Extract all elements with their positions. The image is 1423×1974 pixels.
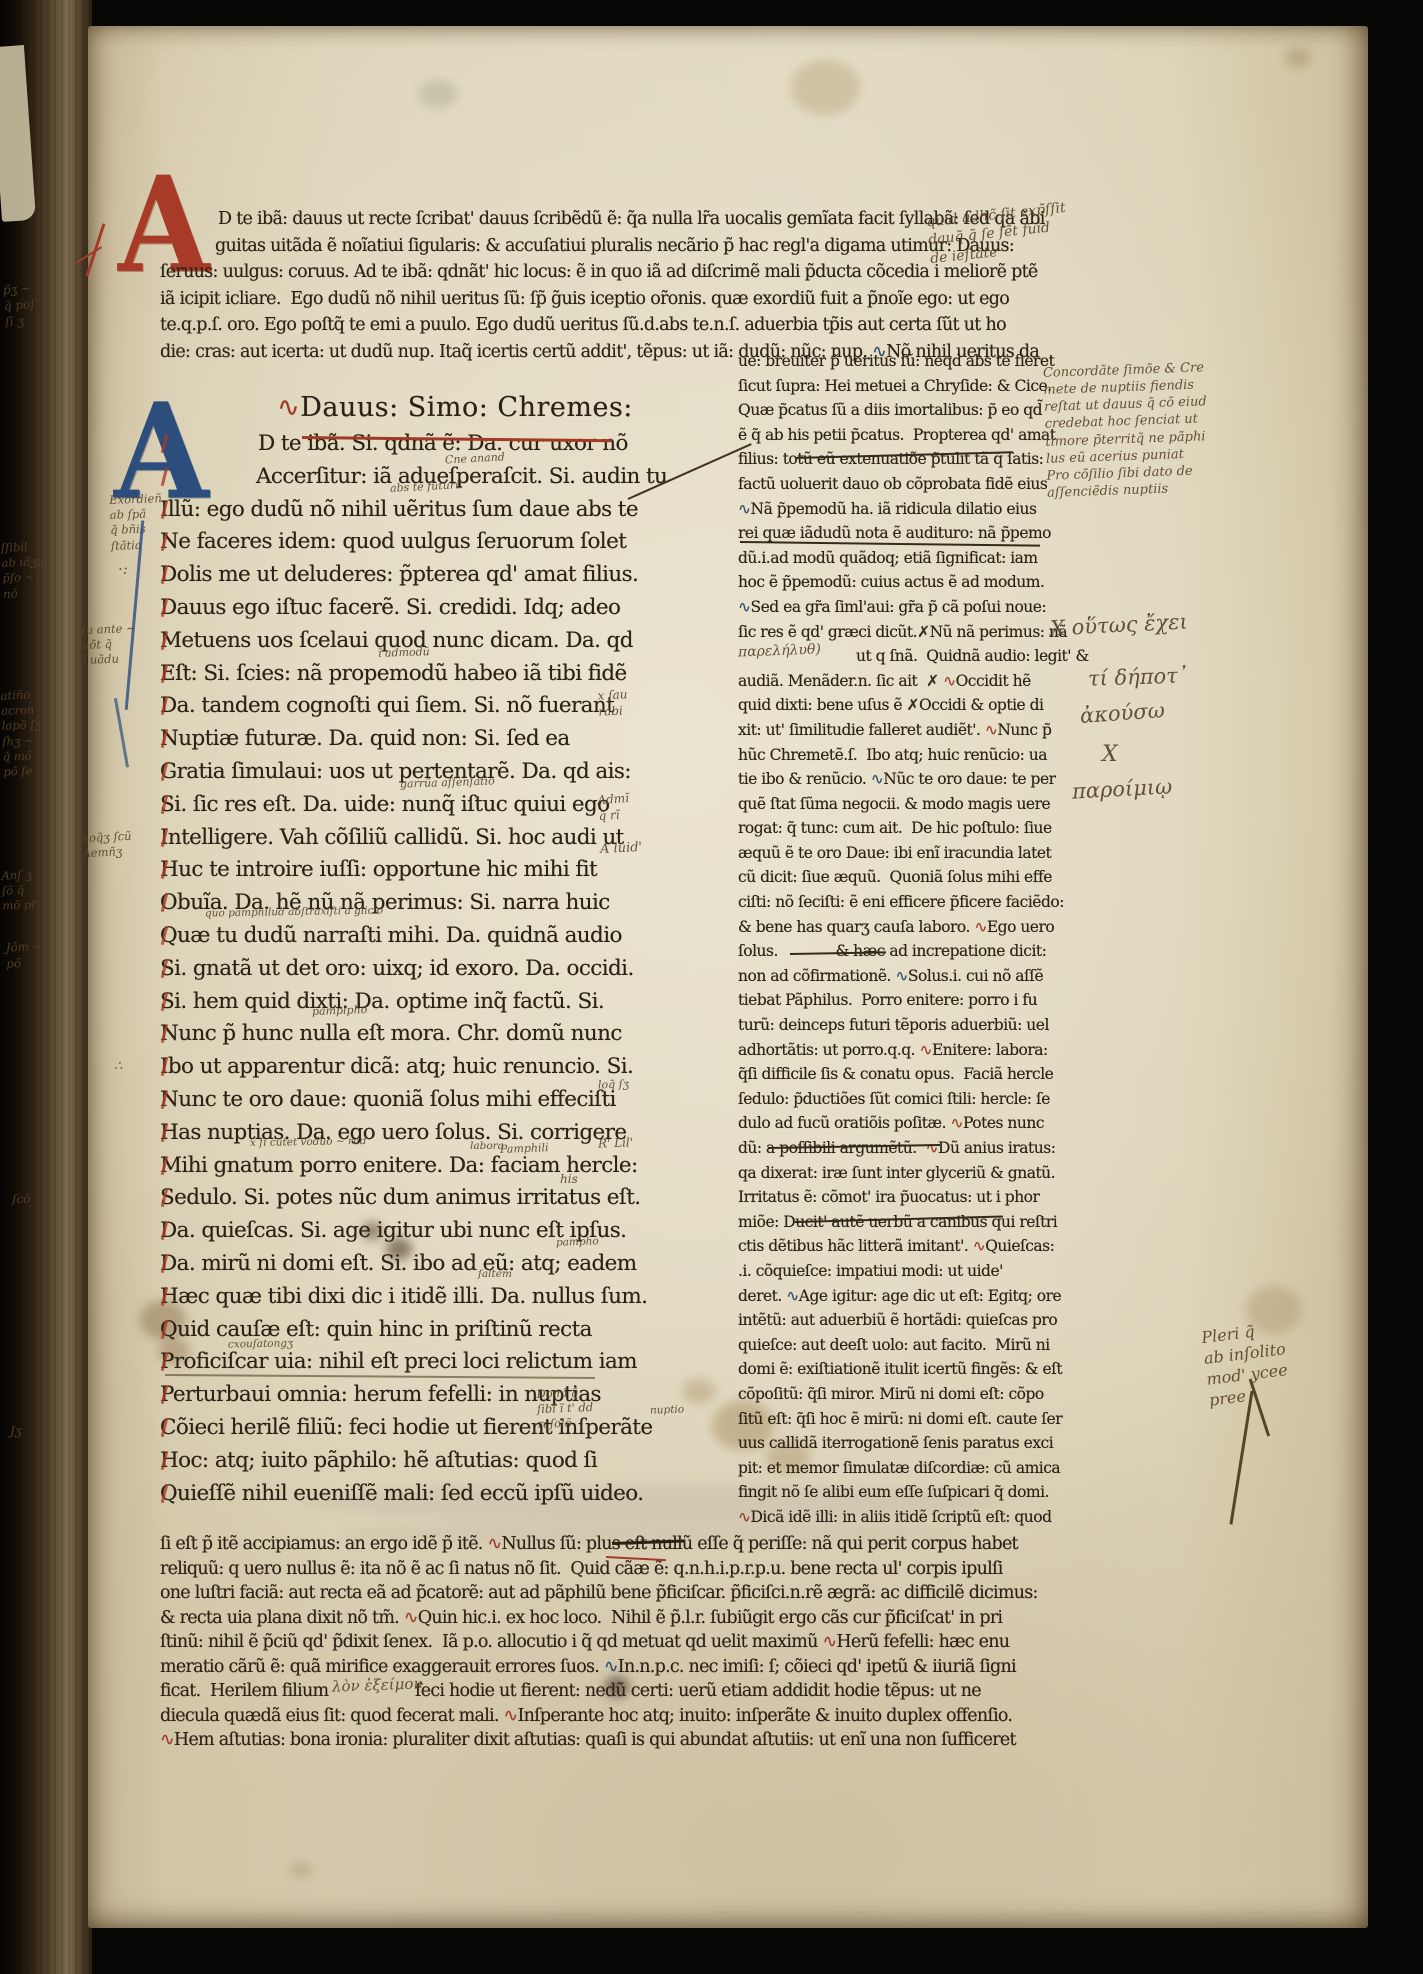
verse-line: Mihi gnatum porro enitere. Da: faciam he… <box>160 1150 720 1183</box>
commentary-line: Irritatus ẽ: cõmot' ira p̃uocatus: ut i … <box>738 1185 1056 1210</box>
marginal-annotation: Admĩ q̃ rĩ <box>597 791 631 825</box>
commentary-line: ∿Nã p̃pemodũ ha. iã ridicula dilatio eiu… <box>738 497 1056 522</box>
verse-line: Da. quieſcas. Si. age igitur ubi nunc eſ… <box>160 1215 720 1248</box>
verse-line: Metuens uos ſcelaui quod nunc dicam. Da.… <box>160 625 720 658</box>
commentary-line: rogat: q̃ tunc: cum ait. De hic poſtulo:… <box>738 816 1056 841</box>
verse-line: Has nuptias. Da. ego uero ſolus. Si. cor… <box>160 1117 720 1150</box>
stain <box>790 60 860 115</box>
commentary-line: uus callidã iterrogationẽ ſenis paratus … <box>738 1431 1056 1456</box>
printed-line: te.q.p.ſ. oro. Ego poſtq̃ te emi a puulo… <box>160 312 1065 339</box>
marginal-annotation: παροίμιῳ <box>1071 773 1173 806</box>
verse-line: Hæc quæ tibi dixi dic i itidẽ illi. Da. … <box>160 1281 720 1314</box>
verse-line: Huc te introire iuſſi: opportune hic mih… <box>160 854 720 887</box>
marginal-annotation: Domĩ q̃ ſibi ĩ t' dd reſolõ <box>536 1385 594 1432</box>
marginal-annotation: pamplpho <box>312 1003 368 1019</box>
commentary-line: ſedulo: p̃ductiões ſũt comici ſtili: her… <box>738 1087 1056 1112</box>
commentary-line: & recta uia plana dixit nõ tm̃. ∿Quin hi… <box>160 1606 1075 1631</box>
verse-line: Nunc p̃ hunc nulla eſt mora. Chr. domũ n… <box>160 1018 720 1051</box>
verse-line: Sedulo. Si. potes nũc dum animus irritat… <box>160 1182 720 1215</box>
commentary-line: ſicut ſupra: Hei metuei a Chryſide: & Ci… <box>738 374 1056 399</box>
commentary-line: ∿Hem aſtutias: bona ironia: pluraliter d… <box>160 1728 1075 1753</box>
marginal-annotation: x ſi cutet voduo ~ rud <box>250 1135 367 1151</box>
commentary-line: .i. cõquieſce: impatiui modi: ut uide' <box>738 1259 1056 1284</box>
verse-line: Dolis me ut deluderes: p̃pterea qd' amat… <box>160 559 720 592</box>
commentary-line: turũ: deinceps futuri tẽporis aduerbiũ: … <box>738 1013 1056 1038</box>
commentary-line: ſic res ẽ qd' græci dicũt.✗Nũ nã perimus… <box>738 620 1056 645</box>
commentary-line: ue: breuiter p̃ ueritus ſũ: neqd abs te … <box>738 349 1056 374</box>
marginal-annotation: A luid' <box>600 839 643 858</box>
stain <box>1285 48 1311 68</box>
commentary-line: dũ.i.ad modũ quãdoq; etiã ſignificat: ia… <box>738 546 1056 571</box>
heading-pilcrow: ∿ <box>277 392 300 423</box>
scene-heading: ∿Dauus: Simo: Chremes: <box>205 392 705 423</box>
commentary-line: tie ibo & renũcio. ∿Nũc te oro daue: te … <box>738 767 1056 792</box>
marginal-annotation: Jʒ <box>10 1424 22 1440</box>
marginal-annotation: his <box>560 1172 578 1188</box>
marginal-annotation: λὸν ἑξείμον <box>332 1674 423 1697</box>
commentary-line: & bene has quarʒ cauſa laboro. ∿Ego uero <box>738 915 1056 940</box>
commentary-line: dulo ad fucũ oratiõis poſitæ. ∿Potes nun… <box>738 1111 1056 1136</box>
verse-line: Ibo ut apparentur dicã: atq; huic renunc… <box>160 1051 720 1084</box>
commentary-line: tiebat Pãphilus. Porro enitere: porro i … <box>738 988 1056 1013</box>
scene-heading-names: Dauus: Simo: Chremes: <box>300 392 633 423</box>
marginal-annotation: ἀκούσω <box>1079 697 1166 731</box>
printed-line: ſeruus: uulgus: coruus. Ad te ibã: qdnãt… <box>160 259 1065 286</box>
commentary-line: hũc Chremetẽ.ſ. Ibo atq; huic renũcio: u… <box>738 743 1056 768</box>
marginal-annotation: x ſau rabi <box>597 687 629 720</box>
commentary-line: domi ẽ: exiſtiationẽ itulit icertũ fingẽ… <box>738 1357 1056 1382</box>
printed-line: iã icipit icliare. Ego dudũ nõ nihil uer… <box>160 286 1065 313</box>
marginal-annotation: cxouſatongʒ <box>228 1337 293 1352</box>
commentary-line: diecula quædã eius ſit: quod fecerat mal… <box>160 1704 1075 1729</box>
commentary-line: intẽtũ: aut aduerbiũ ẽ hortãdi: quieſcas… <box>738 1308 1056 1333</box>
verse-line: Quæ tu dudũ narraſti mihi. Da. quidnã au… <box>160 920 720 953</box>
book-scan: A D te ibã: dauus ut recte ſcribat' dauu… <box>0 0 1423 1974</box>
verse-line: Nuptiæ futuræ. Da. quid non: Si. ſed ea <box>160 723 720 756</box>
verse-line: Ne faceres idem: quod uulgus ſeruorum ſo… <box>160 526 720 559</box>
commentary-line: ſtinũ: nihil ẽ p̃ciũ qd' p̃dixit ſenex. … <box>160 1630 1075 1655</box>
verse-line: Eſt: Si. ſcies: nã propemodũ habeo iã ti… <box>160 658 720 691</box>
commentary-line: ficat. Herilem filium feci hodie ut fier… <box>160 1679 1075 1704</box>
marginal-annotation: ſcõ <box>12 1192 30 1208</box>
stain <box>418 80 458 108</box>
verse-line: Da. mirũ ni domi eſt. Si. ibo ad eũ: atq… <box>160 1248 720 1281</box>
verse-line: Si. hem quid dixti: Da. optime inq̃ fact… <box>160 986 720 1019</box>
commentary-line: ∿Sed ea gr̃a ſiml'aui: gr̃a p̃ cã poſui … <box>738 595 1056 620</box>
marginal-annotation: p̃ʒ ~ q̃ poſ ſĩ ʒ <box>2 281 36 331</box>
commentary-line: non ad cõfirmationẽ. ∿Solus.i. cui nõ aſ… <box>738 964 1056 989</box>
commentary-line: æquũ ẽ te oro Daue: ibi enĩ iracundia la… <box>738 841 1056 866</box>
commentary-line: cõpoſitũ: q̃ſi miror. Mirũ ni domi eſt: … <box>738 1382 1056 1407</box>
marginal-annotation: ∴ <box>114 1058 122 1075</box>
marginal-annotation: ĩ admodũ <box>378 645 430 661</box>
commentary-line: q̃ſi difficile ſis & conatu opus. Faciã … <box>738 1062 1056 1087</box>
marginal-annotation: Concordãte ſimõe & Cre mete de nuptiis f… <box>1043 359 1210 502</box>
commentary-line: pit: et memor ſimulatæ diſcordiæ: cũ ami… <box>738 1456 1056 1481</box>
marginal-annotation: pampho <box>556 1235 599 1250</box>
marginal-annotation: Exordieñ ab ſpã q̃ bñis ſtãtia <box>109 491 164 553</box>
marginal-annotation: noq̃ʒ ſcũ Aemñʒ <box>81 829 132 862</box>
marginal-annotation: Jõm ~ põ <box>5 939 43 972</box>
commentary-line: adhortãtis: ut porro.q.q. ∿Enitere: labo… <box>738 1038 1056 1063</box>
verse-line: Da. tandem cognoſti qui ſiem. Si. nõ fue… <box>160 690 720 723</box>
commentary-line: meratio cãrũ ẽ: quã mirifice exaggerauit… <box>160 1655 1075 1680</box>
verse-line: Cõieci herilẽ filiũ: feci hodie ut fiere… <box>160 1412 720 1445</box>
marginal-annotation: Anſ ʒ ſõ q̃ mõ pl' <box>1 867 38 914</box>
verse-line: Hoc: atq; iuito pãphilo: hẽ aſtutias: qu… <box>160 1445 720 1478</box>
commentary-line: ciſti: nõ ſeciſti: ẽ eni efficere p̃fice… <box>738 890 1056 915</box>
stain <box>290 1862 312 1878</box>
marginal-annotation: nuptio <box>650 1403 685 1418</box>
verse-line: Nunc te oro daue: quoniã ſolus mihi effe… <box>160 1084 720 1117</box>
verse-line: Illũ: ego dudũ nõ nihil uẽritus ſum daue… <box>160 494 720 527</box>
commentary-column: ue: breuiter p̃ ueritus ſũ: neqd abs te … <box>738 349 1056 1530</box>
commentary-line: deret. ∿Age igitur: age dic ut eſt: Egit… <box>738 1284 1056 1309</box>
verse-line: Perturbaui omnia: herum fefelli: in nupt… <box>160 1379 720 1412</box>
marginal-annotation: παρελήλυθ) <box>738 641 822 662</box>
marginal-annotation: Pamphili <box>500 1141 549 1157</box>
verse-line: Si. ſic res eſt. Da. uide: nunq̃ iſtuc q… <box>160 789 720 822</box>
commentary-line: ẽ q̃ ab his petii p̃catus. Propterea qd'… <box>738 423 1056 448</box>
commentary-line: ſolus. & hæc ad increpatione dicit: <box>738 939 1056 964</box>
commentary-line: ∿Dicã idẽ illi: in aliis itidẽ ſcriptũ e… <box>738 1505 1056 1530</box>
commentary-line: miõe: Ducit' autẽ uerbũ a canibus qui re… <box>738 1210 1056 1235</box>
commentary-line: hoc ẽ p̃pemodũ: cuius actus ẽ ad modum. <box>738 570 1056 595</box>
marginal-annotation: ·: <box>118 560 128 580</box>
commentary-line: quieſce: aut deeſt uolo: aut facito. Mir… <box>738 1333 1056 1358</box>
commentary-line: xit: ut' ſimilitudie falleret audiẽt'. ∿… <box>738 718 1056 743</box>
marginal-annotation: Χ <box>1102 740 1118 769</box>
marginal-annotation: ſſibil ab iãʒo p̃fo ~ nõ <box>0 539 45 602</box>
footer-commentary-block: ſi eſt p̃ itẽ accipiamus: an ergo idẽ p̃… <box>160 1532 1075 1753</box>
verse-line: Quieſſẽ nihil eueniſſẽ mali: ſed eccũ ip… <box>160 1478 720 1511</box>
commentary-line: qa dixerat: iræ ſunt inter glyceriũ & gn… <box>738 1161 1056 1186</box>
commentary-line: ſitũ eſt: q̃ſi hoc ẽ mirũ: ni domi eſt. … <box>738 1407 1056 1432</box>
marginal-annotation: τί δήποτ᾽ <box>1088 662 1189 693</box>
commentary-line: ctis dẽtibus hãc litterã imitant'. ∿Quie… <box>738 1234 1056 1259</box>
commentary-line: cũ dicit: ſiue æquũ. Quoniã ſolus mihi e… <box>738 865 1056 890</box>
marginal-annotation: loq̃ ſʒ <box>598 1077 629 1093</box>
commentary-line: audiã. Menãder.n. ſic ait ✗ ∿Occidit hẽ <box>738 669 1056 694</box>
verse-line: Dauus ego iſtuc facerẽ. Si. credidi. Idq… <box>160 592 720 625</box>
marginal-annotation: atiño acron lapõ ſʒ ſhʒ ~ q̃ mõ põ ſe <box>0 687 42 779</box>
marginal-annotation: ſaltem <box>478 1268 512 1282</box>
commentary-line: quẽ ſtat ſũma negocii. & modo magis uere <box>738 792 1056 817</box>
verse-line: D te ibã. Si. qdnã ẽ: Da. cur uxor nõ <box>160 428 720 461</box>
commentary-line: Quæ p̃catus ſũ a diis imortalibus: p̃ eo… <box>738 398 1056 423</box>
verse-line: Si. gnatã ut det oro: uixq; id exoro. Da… <box>160 953 720 986</box>
commentary-line: one luſtri faciã: aut recta eã ad p̃cato… <box>160 1581 1075 1606</box>
marginal-annotation: Pleri q̃ ab inſolito mod' ycee pree <box>1200 1317 1292 1411</box>
commentary-line: reliquũ: q uero nullus ẽ: ita nõ ẽ ac ſi… <box>160 1557 1075 1582</box>
commentary-line: quid dixti: bene uſus ẽ ✗Occidi & optie … <box>738 693 1056 718</box>
commentary-line: factũ uoluerit dauo ob cõprobata fidẽ ei… <box>738 472 1056 497</box>
commentary-line: fingit nõ ſe alibi eum eſſe ſuſpicari q̃… <box>738 1480 1056 1505</box>
marginal-annotation: R' Lil' <box>598 1135 634 1152</box>
